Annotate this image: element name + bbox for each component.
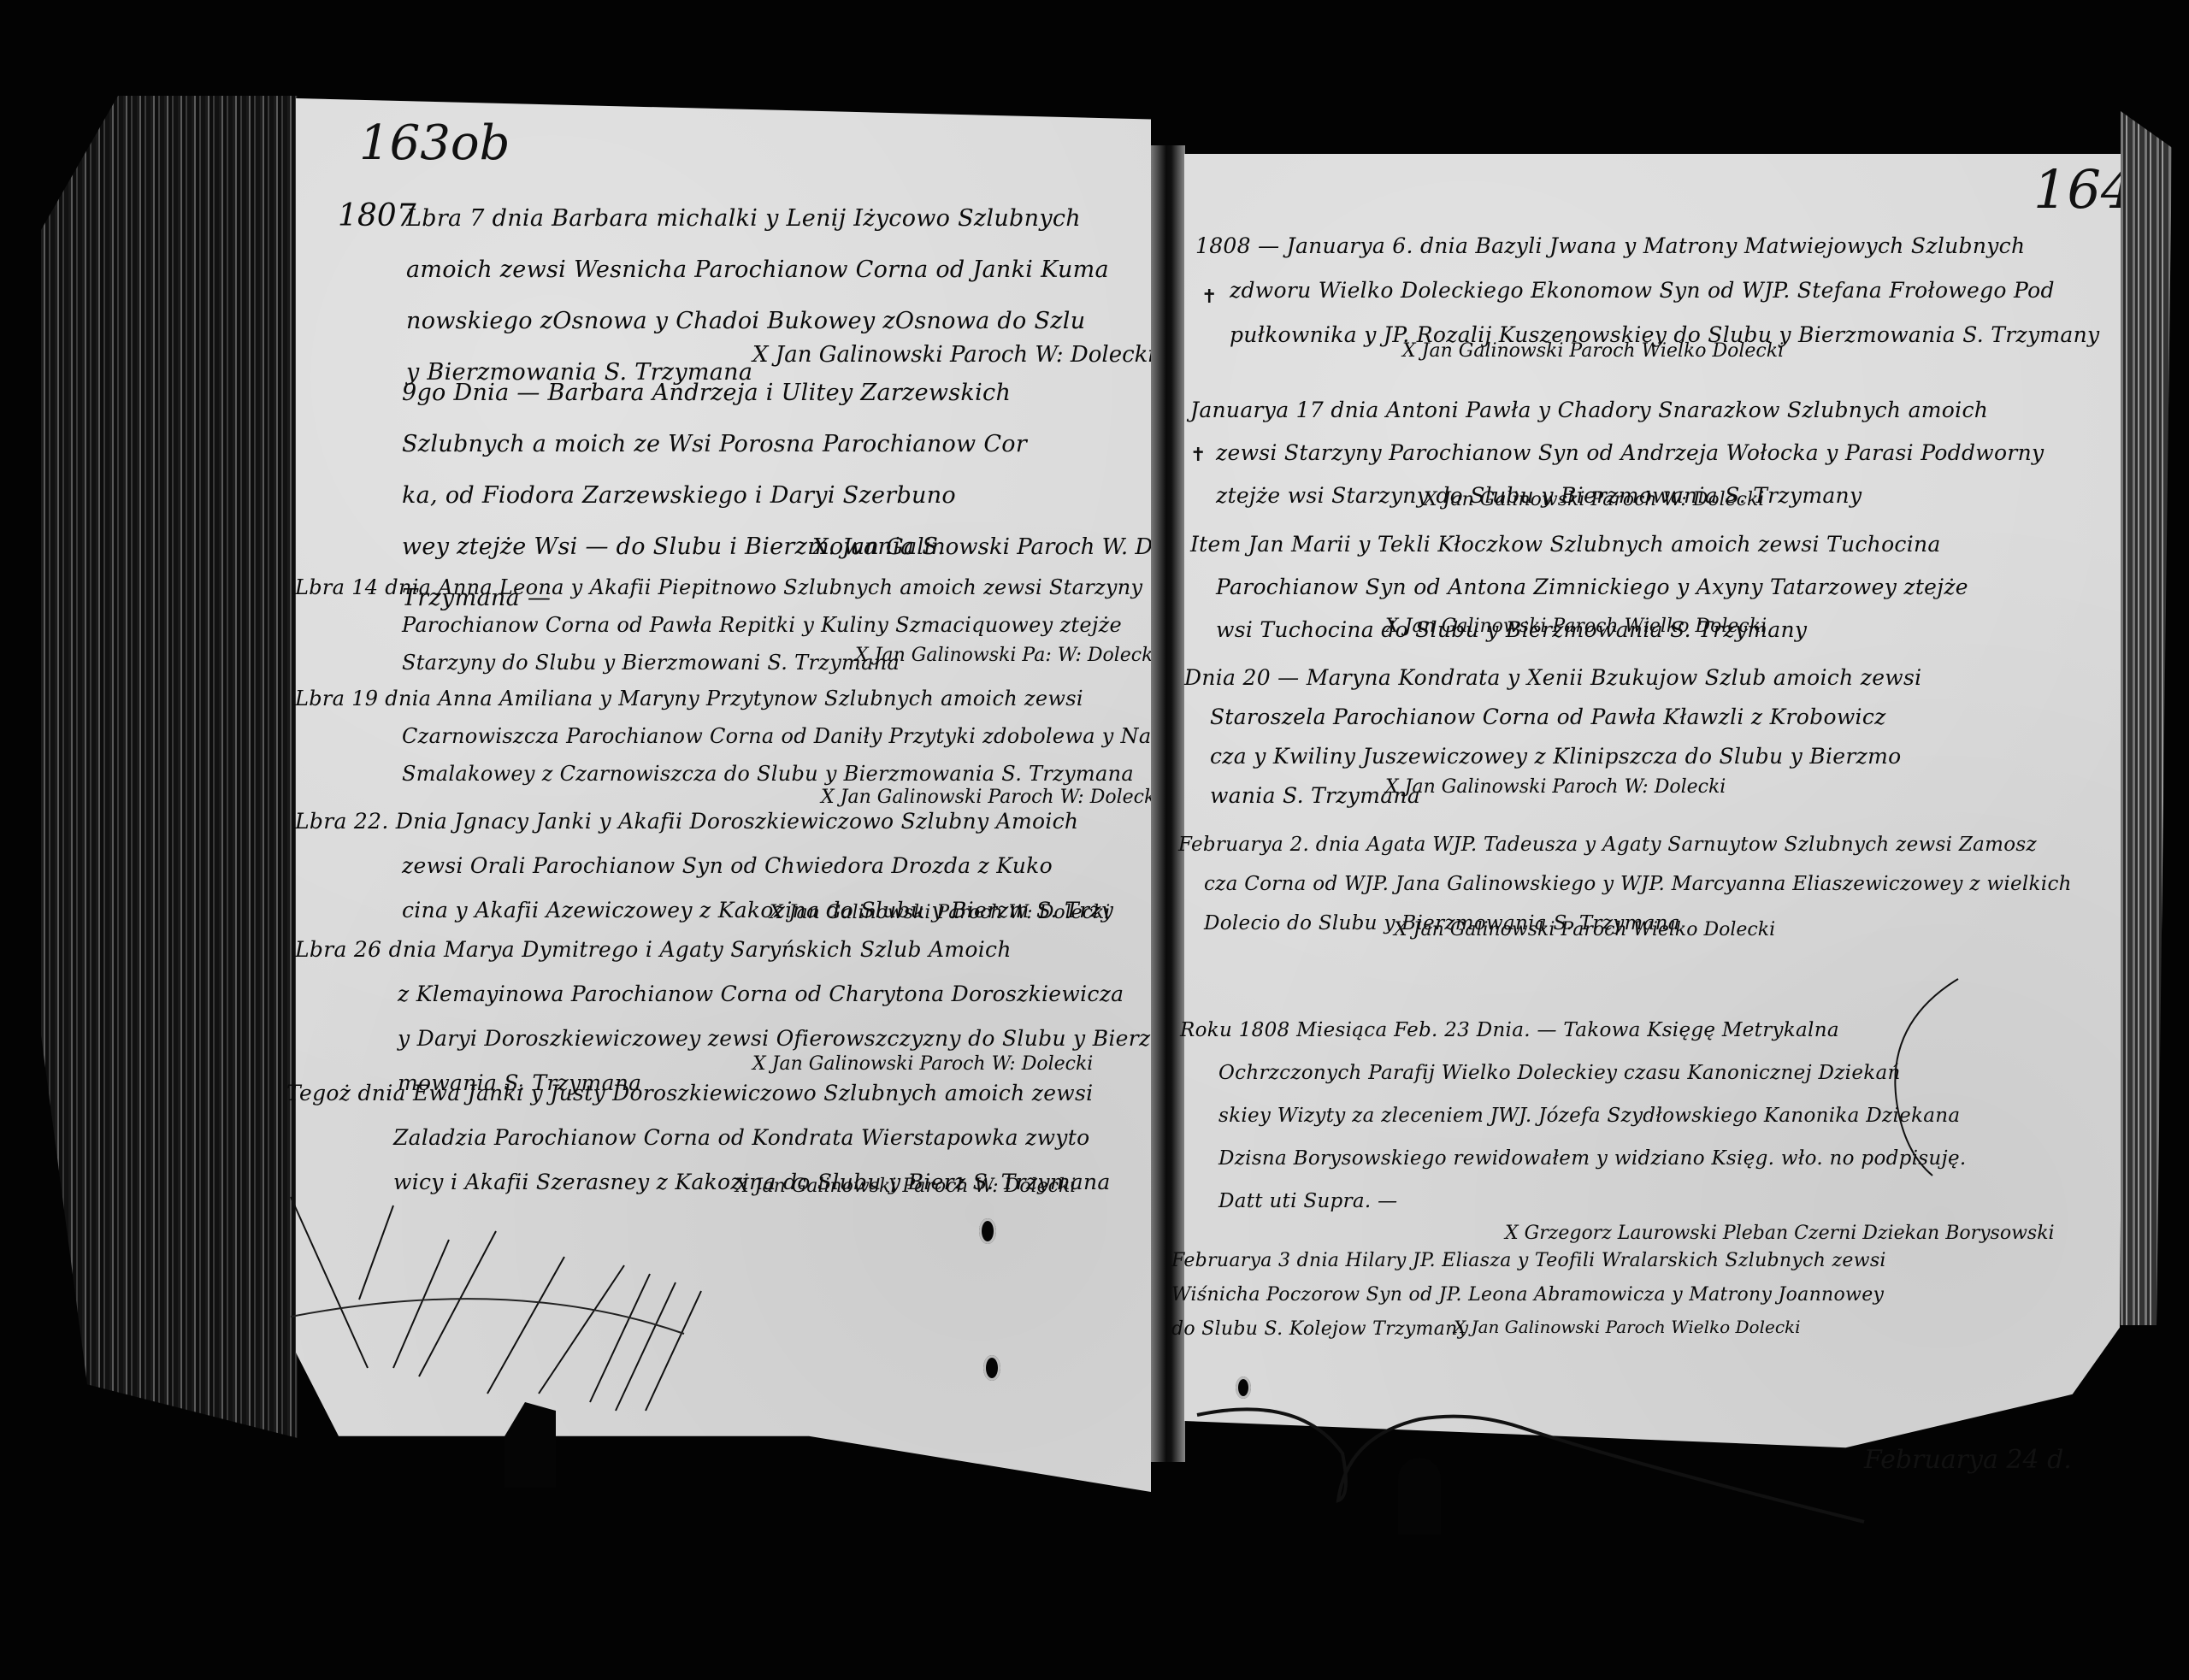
left-entry-5-signature: X Jan Galinowski Paroch W: Dolecki [770, 902, 1110, 923]
right-entry-1: 1808 — Januarya 6. dnia Bazyli Jwana y M… [1195, 224, 2099, 357]
right-entry-1-signature: X Jan Galinowski Paroch Wielko Dolecki [1402, 340, 1784, 362]
left-entry-4: Lbra 19 dnia Anna Amiliana y Maryny Przy… [295, 680, 1159, 793]
right-entry-4-signature: X Jan Galinowski Paroch W: Dolecki [1385, 776, 1726, 798]
left-page-year: 1807 [338, 198, 416, 233]
pen-scribble-loops [257, 1205, 1112, 1462]
right-entry-3-signature: X Jan Galinowski Paroch Wielko Dolecki [1385, 616, 1767, 637]
binding-hole [979, 1218, 996, 1244]
paper-tear [1398, 1458, 1441, 1535]
right-entry-6-revision-note: Roku 1808 Miesiąca Feb. 23 Dnia. — Takow… [1180, 1009, 1966, 1223]
left-entry-1-signature: X Jan Galinowski Paroch W: Dolecki [752, 342, 1155, 368]
right-page-folio-number: 164 [2033, 158, 2134, 221]
page-catchword: Februarya 24 d. [1864, 1445, 2072, 1475]
pen-flourish-curve [1197, 1402, 1881, 1530]
left-entry-3-signature: X Jan Galinowski Pa: W: Dolecki [855, 645, 1159, 666]
left-page-folio-number: 163ob [359, 115, 510, 171]
left-entry-7-signature: X Jan Galinowski Paroch W: Dolecki [735, 1176, 1076, 1197]
margin-cross-mark: ✝ [1201, 286, 1217, 308]
binding-hole [983, 1355, 1000, 1381]
bracket-flourish [1864, 975, 1967, 1180]
right-entry-5-signature: X Jan Galinowski Paroch Wielko Dolecki [1394, 919, 1775, 940]
right-entry-6-signature: X Grzegorz Laurowski Pleban Czerni Dziek… [1505, 1223, 2055, 1244]
right-entry-7-signature: X Jan Galinowski Paroch Wielko Dolecki [1454, 1317, 1801, 1337]
binding-hole [1236, 1376, 1251, 1399]
margin-cross-mark: ✝ [1190, 445, 1206, 466]
right-entry-2-signature: X Jan Galinowski Paroch W: Dolecki [1424, 489, 1764, 510]
